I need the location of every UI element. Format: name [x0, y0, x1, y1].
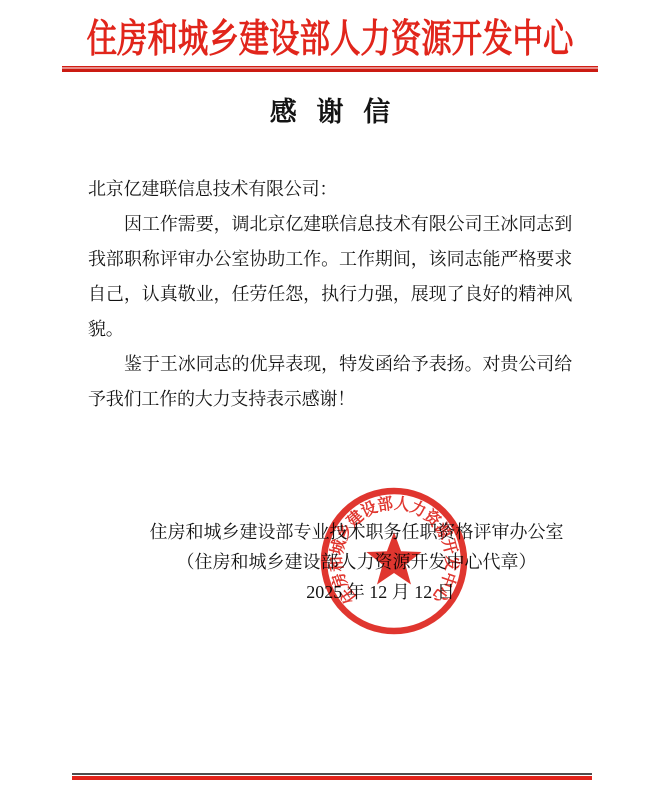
letterhead: 住房和城乡建设部人力资源开发中心 — [0, 8, 661, 64]
star-icon — [366, 532, 421, 585]
letter-page: 住房和城乡建设部人力资源开发中心 感 谢 信 北京亿建联信息技术有限公司： 因工… — [0, 0, 661, 800]
paragraph-1: 因工作需要，调北京亿建联信息技术有限公司王冰同志到我部职称评审办公室协助工作。工… — [88, 207, 572, 347]
paragraph-2: 鉴于王冰同志的优异表现，特发函给予表扬。对贵公司给予我们工作的大力支持表示感谢！ — [88, 347, 572, 417]
footer-divider — [72, 773, 592, 780]
letterhead-divider — [62, 66, 598, 72]
letterhead-title: 住房和城乡建设部人力资源开发中心 — [87, 8, 574, 64]
official-seal-stamp: 住房和城乡建设部人力资源开发中心 — [314, 481, 474, 641]
addressee-line: 北京亿建联信息技术有限公司： — [88, 172, 572, 207]
letter-body: 北京亿建联信息技术有限公司： 因工作需要，调北京亿建联信息技术有限公司王冰同志到… — [88, 172, 572, 417]
letter-title: 感 谢 信 — [0, 90, 661, 129]
